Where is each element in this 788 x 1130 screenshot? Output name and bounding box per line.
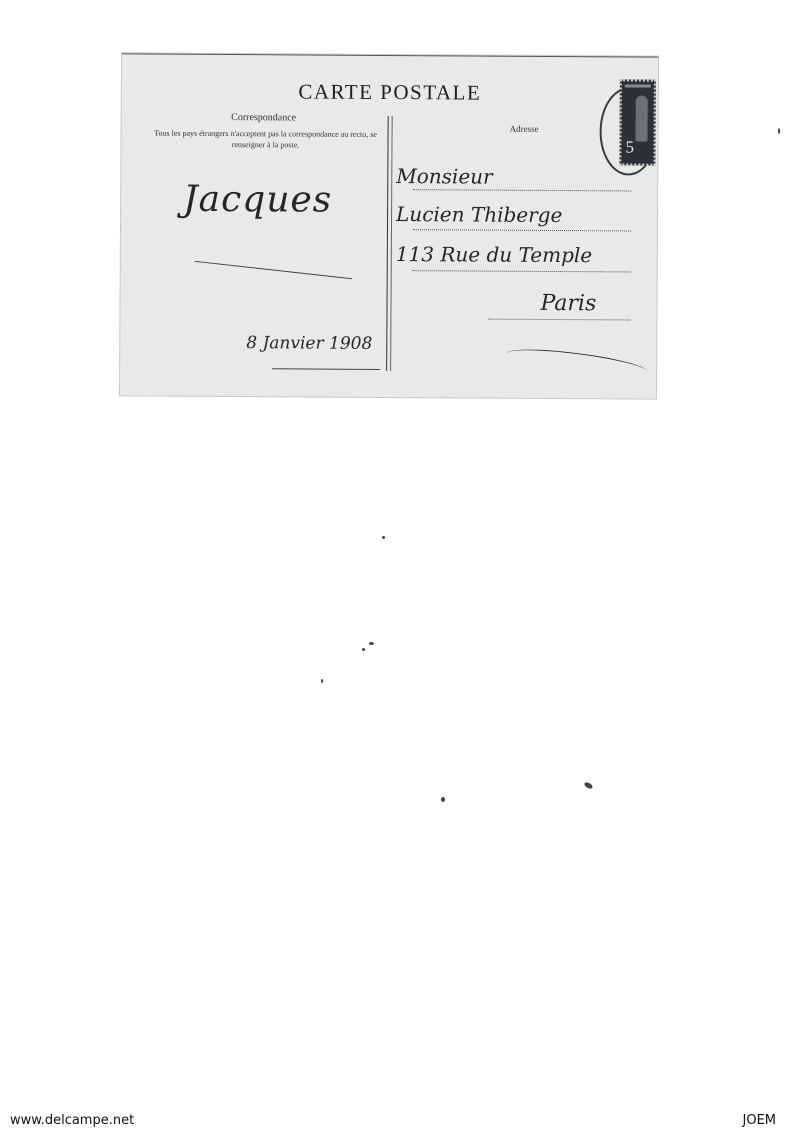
correspondence-note: Tous les pays étrangers n'acceptent pas … <box>145 128 385 151</box>
recipient-line-3: 113 Rue du Temple <box>396 242 592 267</box>
footer-seller-id: JOEM <box>743 1113 777 1128</box>
stamp-figure <box>636 96 648 142</box>
scan-speck <box>382 536 385 539</box>
scan-speck <box>369 642 374 645</box>
recipient-line-4: Paris <box>540 291 596 316</box>
sower-stamp-icon: 5 <box>619 79 656 165</box>
postcard-title: CARTE POSTALE <box>122 78 658 106</box>
scan-speck <box>778 128 780 134</box>
address-line <box>413 270 631 272</box>
handwritten-date: 8 Janvier 1908 <box>246 333 372 354</box>
recipient-line-2: Lucien Thiberge <box>396 202 562 227</box>
recipient-line-1: Monsieur <box>396 164 492 189</box>
scan-speck <box>441 797 445 802</box>
correspondence-heading: Correspondance <box>184 112 344 124</box>
footer-site-link[interactable]: www.delcampe.net <box>10 1113 134 1128</box>
scan-speck <box>321 679 323 683</box>
address-line <box>488 319 630 321</box>
stamp-value: 5 <box>625 137 634 157</box>
address-line <box>413 229 631 231</box>
address-flourish <box>506 344 649 381</box>
center-divider <box>386 116 393 371</box>
scan-speck <box>583 781 593 790</box>
stamp-banner <box>625 84 651 87</box>
scan-speck <box>362 648 365 651</box>
address-heading: Adresse <box>510 124 539 134</box>
postcard: CARTE POSTALE Correspondance Tous les pa… <box>120 53 658 398</box>
address-line <box>413 189 631 191</box>
handwritten-signature: Jacques <box>183 179 332 221</box>
date-underline <box>272 368 380 370</box>
signature-underline <box>195 261 352 279</box>
